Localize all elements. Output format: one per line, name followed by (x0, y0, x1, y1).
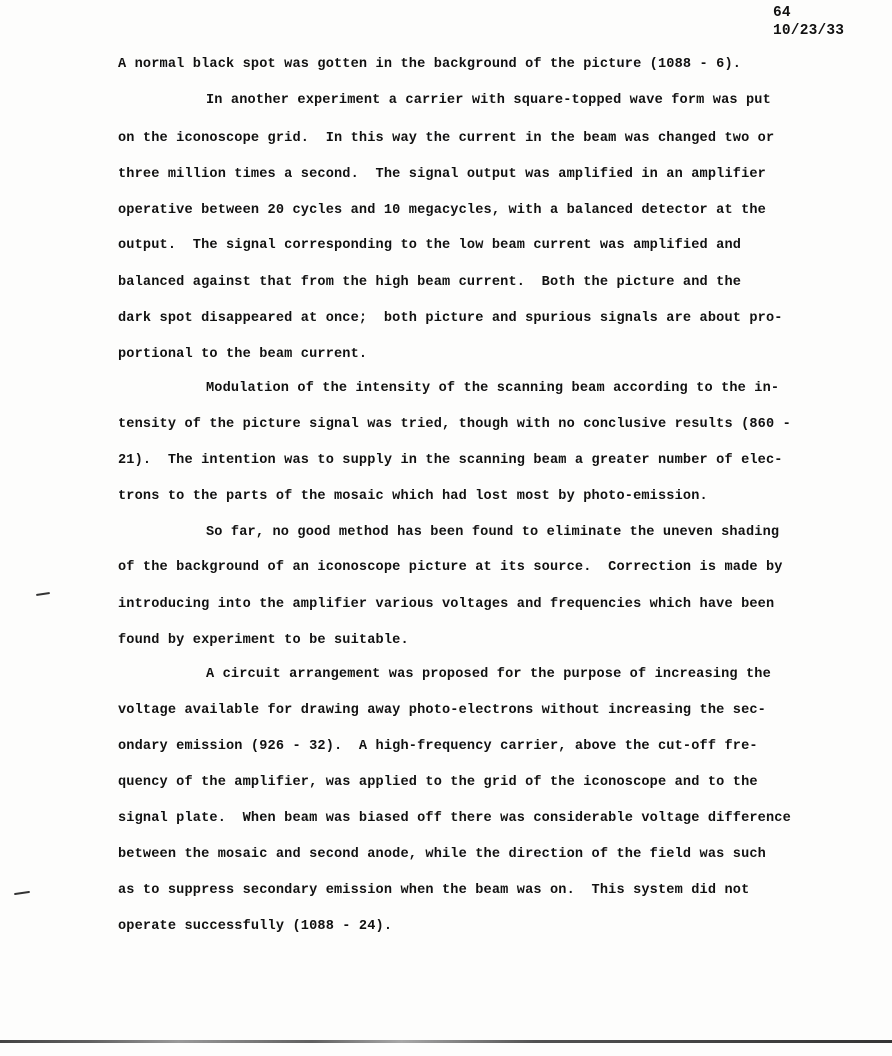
paragraph-2-line-5: output. The signal corresponding to the … (118, 237, 741, 255)
bottom-rule-line (0, 1040, 892, 1043)
paragraph-3-line-4: trons to the parts of the mosaic which h… (118, 488, 708, 506)
paragraph-5-line-8: operate successfully (1088 - 24). (118, 918, 392, 936)
paragraph-4-line-2: of the background of an iconoscope pictu… (118, 559, 783, 577)
page-header: 64 10/23/33 (773, 4, 844, 40)
paragraph-2-line-7: dark spot disappeared at once; both pict… (118, 310, 783, 328)
document-page: 64 10/23/33 A normal black spot was gott… (0, 0, 892, 1056)
paragraph-4-line-4: found by experiment to be suitable. (118, 632, 409, 650)
paragraph-2-line-4: operative between 20 cycles and 10 megac… (118, 202, 766, 220)
paragraph-2-line-6: balanced against that from the high beam… (118, 274, 741, 292)
paragraph-5-line-3: ondary emission (926 - 32). A high-frequ… (118, 738, 758, 756)
paragraph-5-line-2: voltage available for drawing away photo… (118, 702, 766, 720)
paragraph-3-line-3: 21). The intention was to supply in the … (118, 452, 783, 470)
margin-tick-mark (14, 891, 30, 895)
page-date: 10/23/33 (773, 22, 844, 40)
paragraph-4-line-1: So far, no good method has been found to… (206, 524, 779, 542)
paragraph-5-line-7: as to suppress secondary emission when t… (118, 882, 749, 900)
paragraph-5-line-4: quency of the amplifier, was applied to … (118, 774, 758, 792)
paragraph-5-line-1: A circuit arrangement was proposed for t… (206, 666, 771, 684)
paragraph-2-line-3: three million times a second. The signal… (118, 166, 766, 184)
paragraph-5-line-5: signal plate. When beam was biased off t… (118, 810, 791, 828)
paragraph-2-line-1: In another experiment a carrier with squ… (206, 92, 771, 110)
paragraph-3-line-2: tensity of the picture signal was tried,… (118, 416, 791, 434)
paragraph-2-line-2: on the iconoscope grid. In this way the … (118, 130, 774, 148)
margin-tick-mark (36, 592, 50, 596)
paragraph-3-line-1: Modulation of the intensity of the scann… (206, 380, 779, 398)
paragraph-5-line-6: between the mosaic and second anode, whi… (118, 846, 766, 864)
page-number: 64 (773, 4, 844, 22)
paragraph-2-line-8: portional to the beam current. (118, 346, 367, 364)
paragraph-4-line-3: introducing into the amplifier various v… (118, 596, 774, 614)
text-line-1: A normal black spot was gotten in the ba… (118, 56, 741, 74)
